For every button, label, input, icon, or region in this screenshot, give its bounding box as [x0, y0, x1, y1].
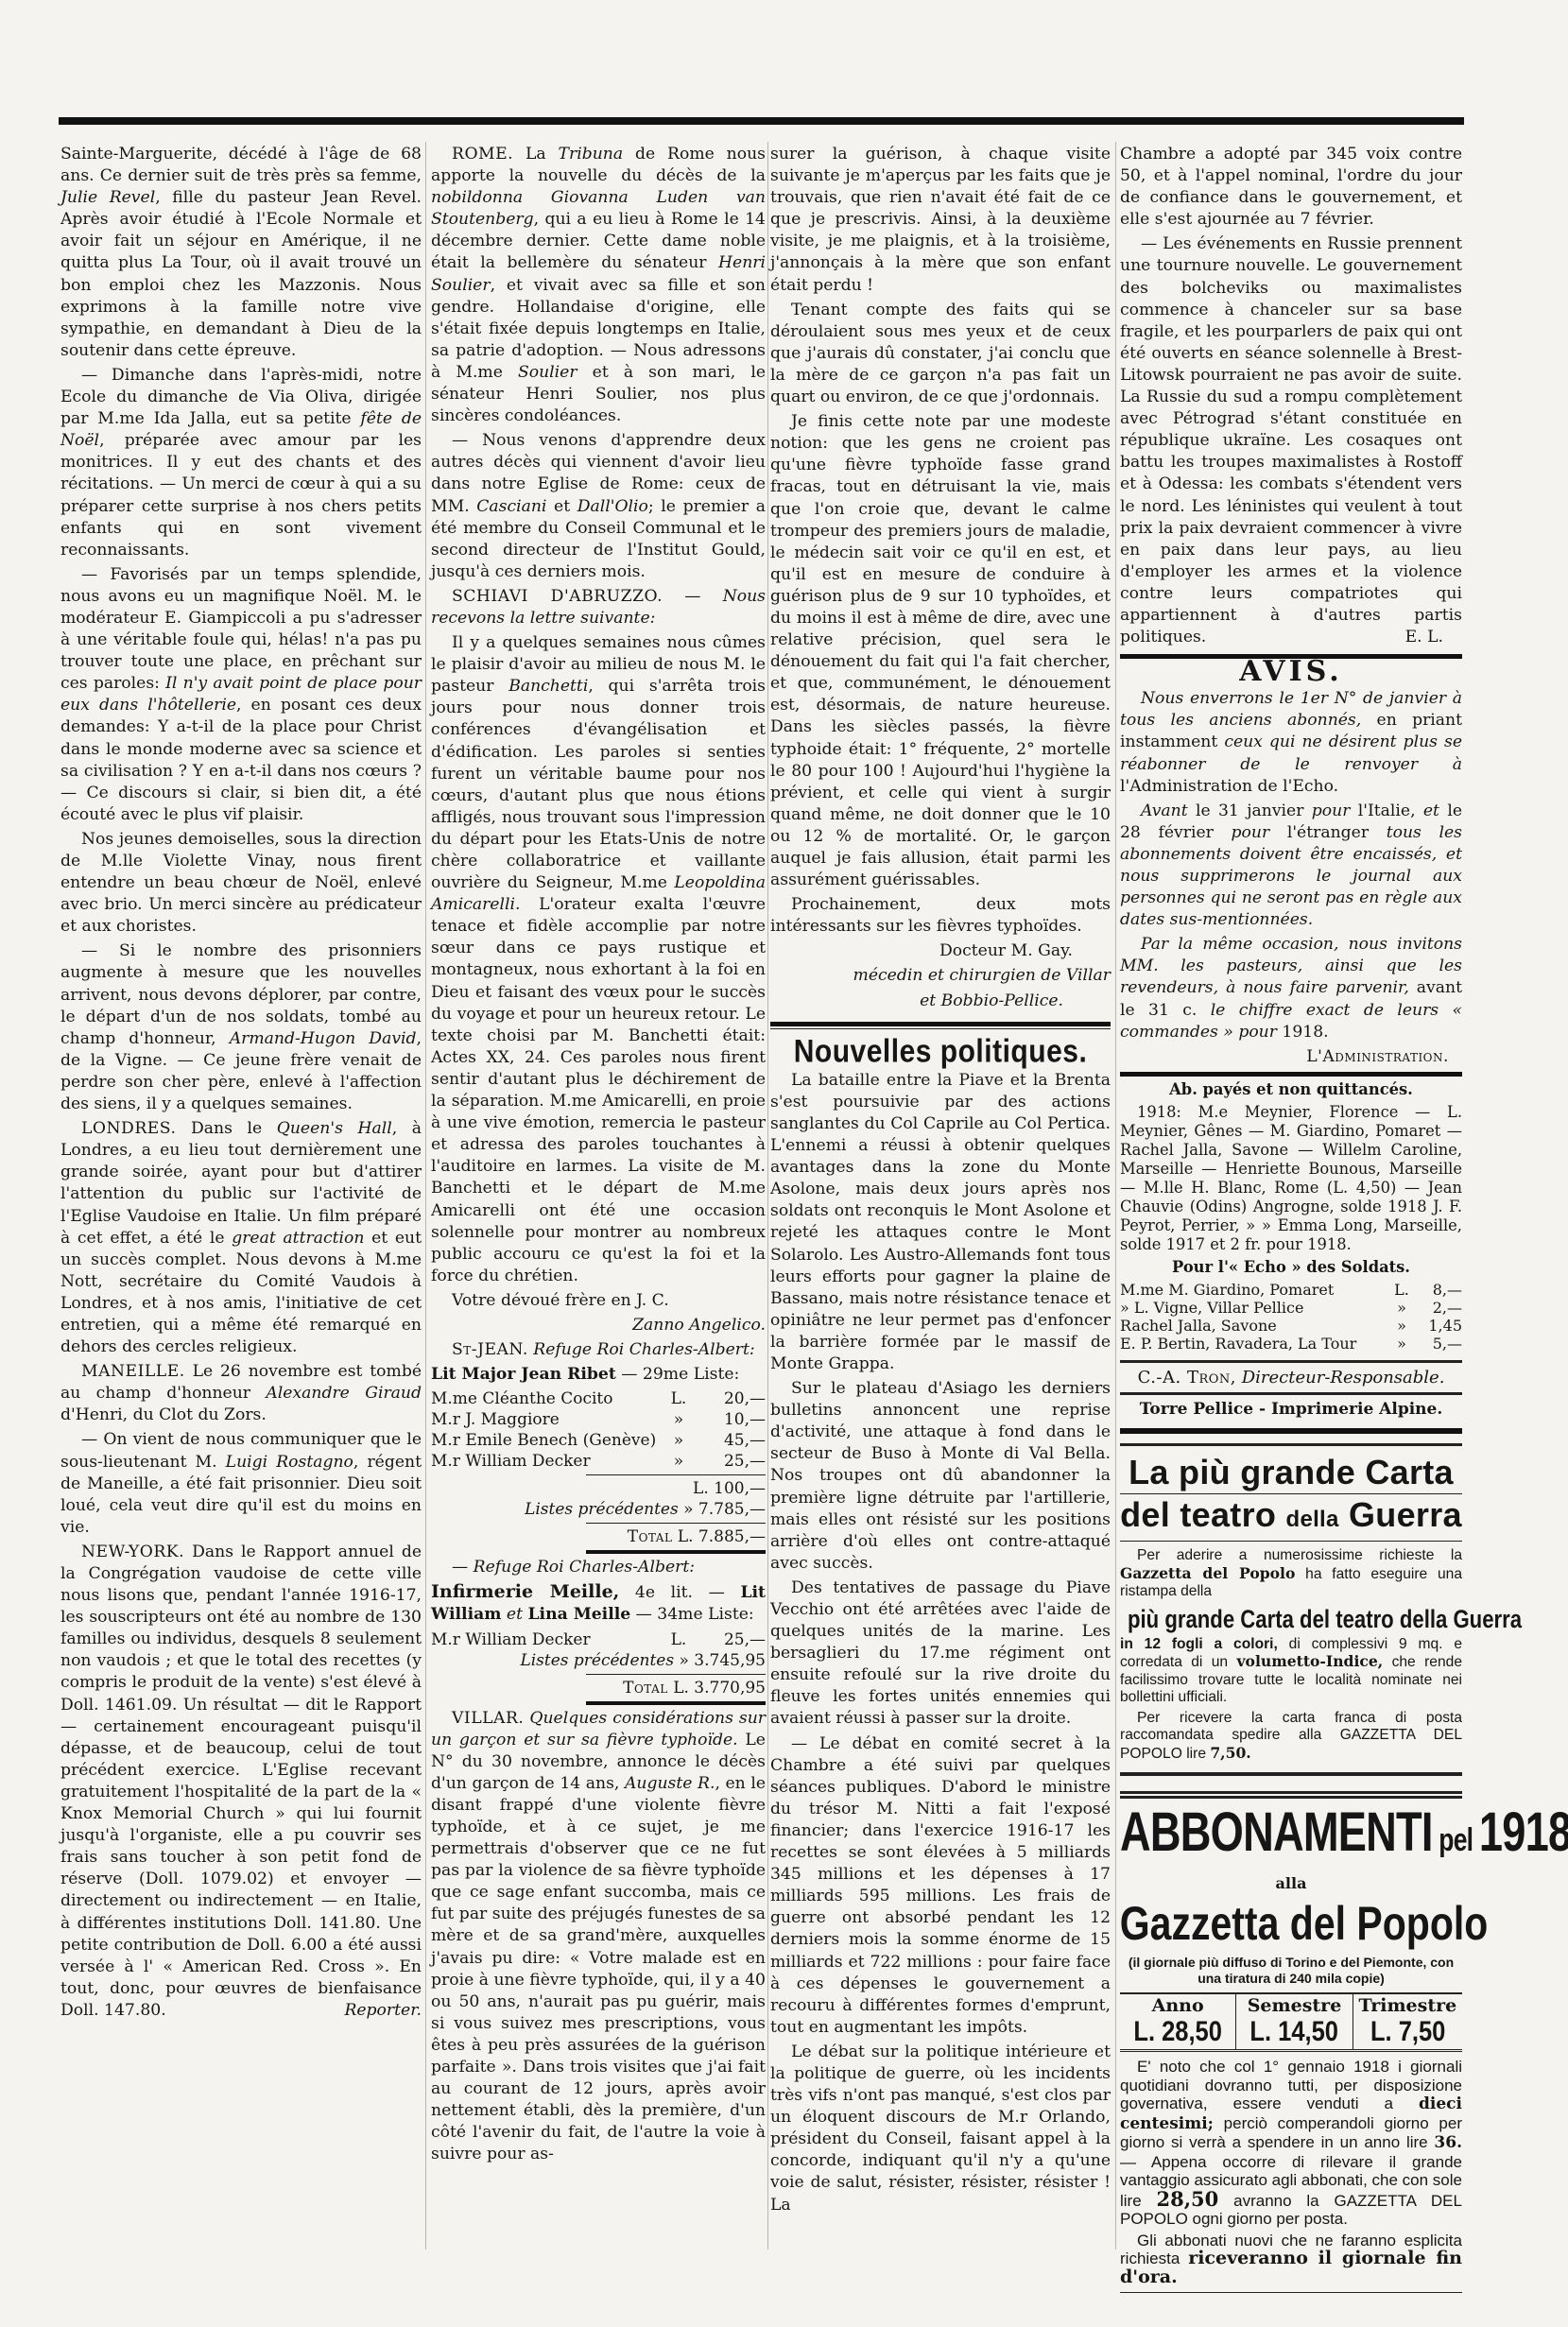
doctor-title: mécedin et chirurgien de Villar	[770, 965, 1111, 987]
subscription-advertisement: ABBONAMENTI pel 1918 alla Gazzetta del P…	[1120, 1791, 1462, 2293]
refuge-heading: — Refuge Roi Charles-Albert:	[431, 1557, 766, 1578]
director-line: C.-A. Tron, Directeur-Responsable.	[1120, 1367, 1462, 1388]
price-semester: SemestreL. 14,50	[1236, 1993, 1353, 2051]
choir-paragraph: Nos jeunes demoiselles, sous la directio…	[60, 829, 422, 938]
doctor-title: et Bobbio-Pellice.	[770, 991, 1111, 1012]
table-row: M.r William DeckerL.25,—	[431, 1629, 766, 1650]
avis-paragraph: Nous enverrons le 1er N° de janvier à to…	[1120, 688, 1462, 797]
ad-body: Per aderire a numerosissime richieste la…	[1120, 1547, 1462, 1763]
letter-signature: Zanno Angelico.	[431, 1315, 766, 1336]
ad-rule	[1120, 2292, 1462, 2293]
ledger-previous: Listes précédentes » 7.785,—	[431, 1499, 766, 1520]
politics-paragraph: La bataille entre la Piave et la Brenta …	[770, 1070, 1111, 1375]
column-2: ROME. La Tribuna de Rome nous apporte la…	[431, 144, 766, 2169]
ledger-total: Total L. 3.770,95	[431, 1678, 766, 1698]
section-title: Nouvelles politiques.	[770, 1039, 1111, 1064]
refuge-subheading: Infirmerie Meille, 4e lit. — Lit William…	[431, 1581, 766, 1626]
price-quarter: TrimestreL. 7,50	[1353, 1993, 1462, 2051]
price-table: AnnoL. 28,50 SemestreL. 14,50 TrimestreL…	[1120, 1992, 1462, 2052]
villar-paragraph: VILLAR. Quelques considérations sur un g…	[431, 1708, 766, 2166]
londres-paragraph: LONDRES. Dans le Queen's Hall, à Londres…	[60, 1118, 422, 1358]
echo-soldats-title: Pour l'« Echo » des Soldats.	[1120, 1258, 1462, 1277]
schiavi-heading: SCHIAVI D'ABRUZZO. — Nous recevons la le…	[431, 586, 766, 629]
subscriptions-list: 1918: M.e Meynier, Florence — L. Meynier…	[1120, 1103, 1462, 1254]
ad-body: E' noto che col 1° gennaio 1918 i giorna…	[1120, 2058, 1462, 2286]
maneille-paragraph: MANEILLE. Le 26 novembre est tombé au ch…	[60, 1361, 422, 1426]
section-rule	[1120, 1072, 1462, 1077]
ad-headline: del teatro della Guerra	[1120, 1494, 1462, 1542]
sunday-school-paragraph: — Dimanche dans l'après-midi, notre Ecol…	[60, 365, 422, 561]
ad-headline: La più grande Carta	[1120, 1452, 1462, 1494]
ad-paragraph: Gli abbonati nuovi che ne faranno esplic…	[1120, 2232, 1462, 2287]
newspaper-page: Sainte-Marguerite, décédé à l'âge de 68 …	[0, 0, 1568, 2327]
table-row: M.r J. Maggiore»10,—	[431, 1409, 766, 1430]
ledger-rule	[586, 1474, 766, 1475]
obituary-paragraph: Sainte-Marguerite, décédé à l'âge de 68 …	[60, 144, 422, 362]
ledger-rule	[586, 1701, 766, 1705]
table-row: E. P. Bertin, Ravadera, La Tour»5,—	[1120, 1335, 1462, 1353]
table-row: » L. Vigne, Villar Pellice»2,—	[1120, 1299, 1462, 1317]
russia-paragraph: — Les événements en Russie prennent une …	[1120, 233, 1462, 648]
villar-paragraph-2: Tenant compte des faits qui se déroulaie…	[770, 300, 1111, 408]
table-row: M.r William Decker»25,—	[431, 1451, 766, 1472]
subscriptions-title: Ab. payés et non quittancés.	[1120, 1080, 1462, 1099]
letter-closing: Votre dévoué frère en J. C.	[431, 1290, 766, 1312]
avis-paragraph: Avant le 31 janvier pour l'Italie, et le…	[1120, 801, 1462, 932]
table-row: M.me M. Giardino, PomaretL.8,—	[1120, 1281, 1462, 1299]
villar-paragraph-3: Je finis cette note par une modeste noti…	[770, 411, 1111, 891]
section-rule	[770, 1022, 1111, 1026]
rome-paragraph: ROME. La Tribuna de Rome nous apporte la…	[431, 144, 766, 427]
avis-title: AVIS.	[1120, 661, 1462, 682]
ad-connector: alla	[1120, 1872, 1462, 1894]
ad-rule	[1120, 1791, 1462, 1794]
ledger-previous: Listes précédentes » 3.745,95	[431, 1650, 766, 1671]
column-3: surer la guérison, à chaque visite suiva…	[770, 144, 1111, 2219]
section-rule	[1120, 1360, 1462, 1363]
ledger-rule	[586, 1674, 766, 1675]
ad-rule	[1120, 1443, 1462, 1446]
section-rule	[1120, 1392, 1462, 1395]
ad-rule	[1120, 1772, 1462, 1776]
donation-ledger-1: M.me Cléanthe CocitoL.20,— M.r J. Maggio…	[431, 1388, 766, 1472]
ad-subtitle: (il giornale più diffuso di Torino e del…	[1120, 1955, 1462, 1987]
ad-headline: ABBONAMENTI pel 1918	[1120, 1802, 1446, 1870]
subscriptions-block: Ab. payés et non quittancés. 1918: M.e M…	[1120, 1080, 1462, 1353]
printer-line: Torre Pellice - Imprimerie Alpine.	[1120, 1399, 1462, 1421]
ledger-rule	[586, 1550, 766, 1554]
politics-paragraph: Le débat sur la politique intérieure et …	[770, 2042, 1111, 2216]
donation-ledger-2: M.r William DeckerL.25,—	[431, 1629, 766, 1650]
christmas-paragraph: — Favorisés par un temps splendide, nous…	[60, 564, 422, 826]
new-york-paragraph: NEW-YORK. Dans le Rapport annuel de la C…	[60, 1542, 422, 2022]
column-divider	[425, 142, 426, 2249]
table-row: M.r Emile Benech (Genève)»45,—	[431, 1430, 766, 1451]
section-rule	[770, 1028, 1111, 1029]
table-row: Rachel Jalla, Savone»1,45	[1120, 1317, 1462, 1335]
politics-paragraph: Sur le plateau d'Asiago les derniers bul…	[770, 1378, 1111, 1575]
politics-paragraph: — Le débat en comité secret à la Chambre…	[770, 1733, 1111, 2039]
ledger-sum: L. 100,—	[431, 1478, 766, 1499]
villar-continued: surer la guérison, à chaque visite suiva…	[770, 144, 1111, 297]
ledger-rule	[586, 1523, 766, 1524]
column-1: Sainte-Marguerite, décédé à l'âge de 68 …	[60, 144, 422, 2025]
soldier-paragraph: — Si le nombre des prisonniers augmente …	[60, 940, 422, 1115]
villar-paragraph-4: Prochainement, deux mots intéressants su…	[770, 894, 1111, 938]
politics-continued: Chambre a adopté par 345 voix contre 50,…	[1120, 144, 1462, 231]
avis-paragraph: Par la même occasion, nous invitons MM. …	[1120, 934, 1462, 1043]
table-row: M.me Cléanthe CocitoL.20,—	[431, 1388, 766, 1409]
prisoner-paragraph: — On vient de nous communiquer que le so…	[60, 1429, 422, 1538]
ad-rule	[1120, 1796, 1462, 1799]
st-jean-heading: St-JEAN. Refuge Roi Charles-Albert:	[431, 1339, 766, 1361]
column-divider	[1115, 142, 1116, 2249]
map-advertisement: La più grande Carta del teatro della Gue…	[1120, 1428, 1462, 1776]
column-4: Chambre a adopté par 345 voix contre 50,…	[1120, 144, 1462, 2295]
price-annual: AnnoL. 28,50	[1120, 1993, 1236, 2051]
echo-soldats-ledger: M.me M. Giardino, PomaretL.8,— » L. Vign…	[1120, 1281, 1462, 1353]
ad-paragraph: in 12 fogli a colori, di complessivi 9 m…	[1120, 1636, 1462, 1707]
doctor-signature: Docteur M. Gay.	[770, 940, 1111, 962]
ad-big-line: più grande Carta del teatro della Guerra	[1128, 1604, 1455, 1634]
ledger-total: Total L. 7.885,—	[431, 1526, 766, 1547]
ad-paragraph: E' noto che col 1° gennaio 1918 i giorna…	[1120, 2058, 1462, 2229]
top-rule	[59, 117, 1464, 125]
column-divider	[767, 142, 768, 2249]
ad-paragraph: Per aderire a numerosissime richieste la…	[1120, 1547, 1462, 1601]
rome-deaths-paragraph: — Nous venons d'apprendre deux autres dé…	[431, 430, 766, 583]
ad-paragraph: Per ricevere la carta franca di posta ra…	[1120, 1710, 1462, 1764]
letter-paragraph: Il y a quelques semaines nous cûmes le p…	[431, 632, 766, 1287]
st-jean-subheading: Lit Major Jean Ribet — 29me Liste:	[431, 1364, 766, 1386]
ad-paper-name: Gazzetta del Popolo	[1120, 1896, 1462, 1951]
administration-signature: L'Administration.	[1120, 1046, 1462, 1068]
politics-paragraph: Des tentatives de passage du Piave Vecch…	[770, 1577, 1111, 1731]
